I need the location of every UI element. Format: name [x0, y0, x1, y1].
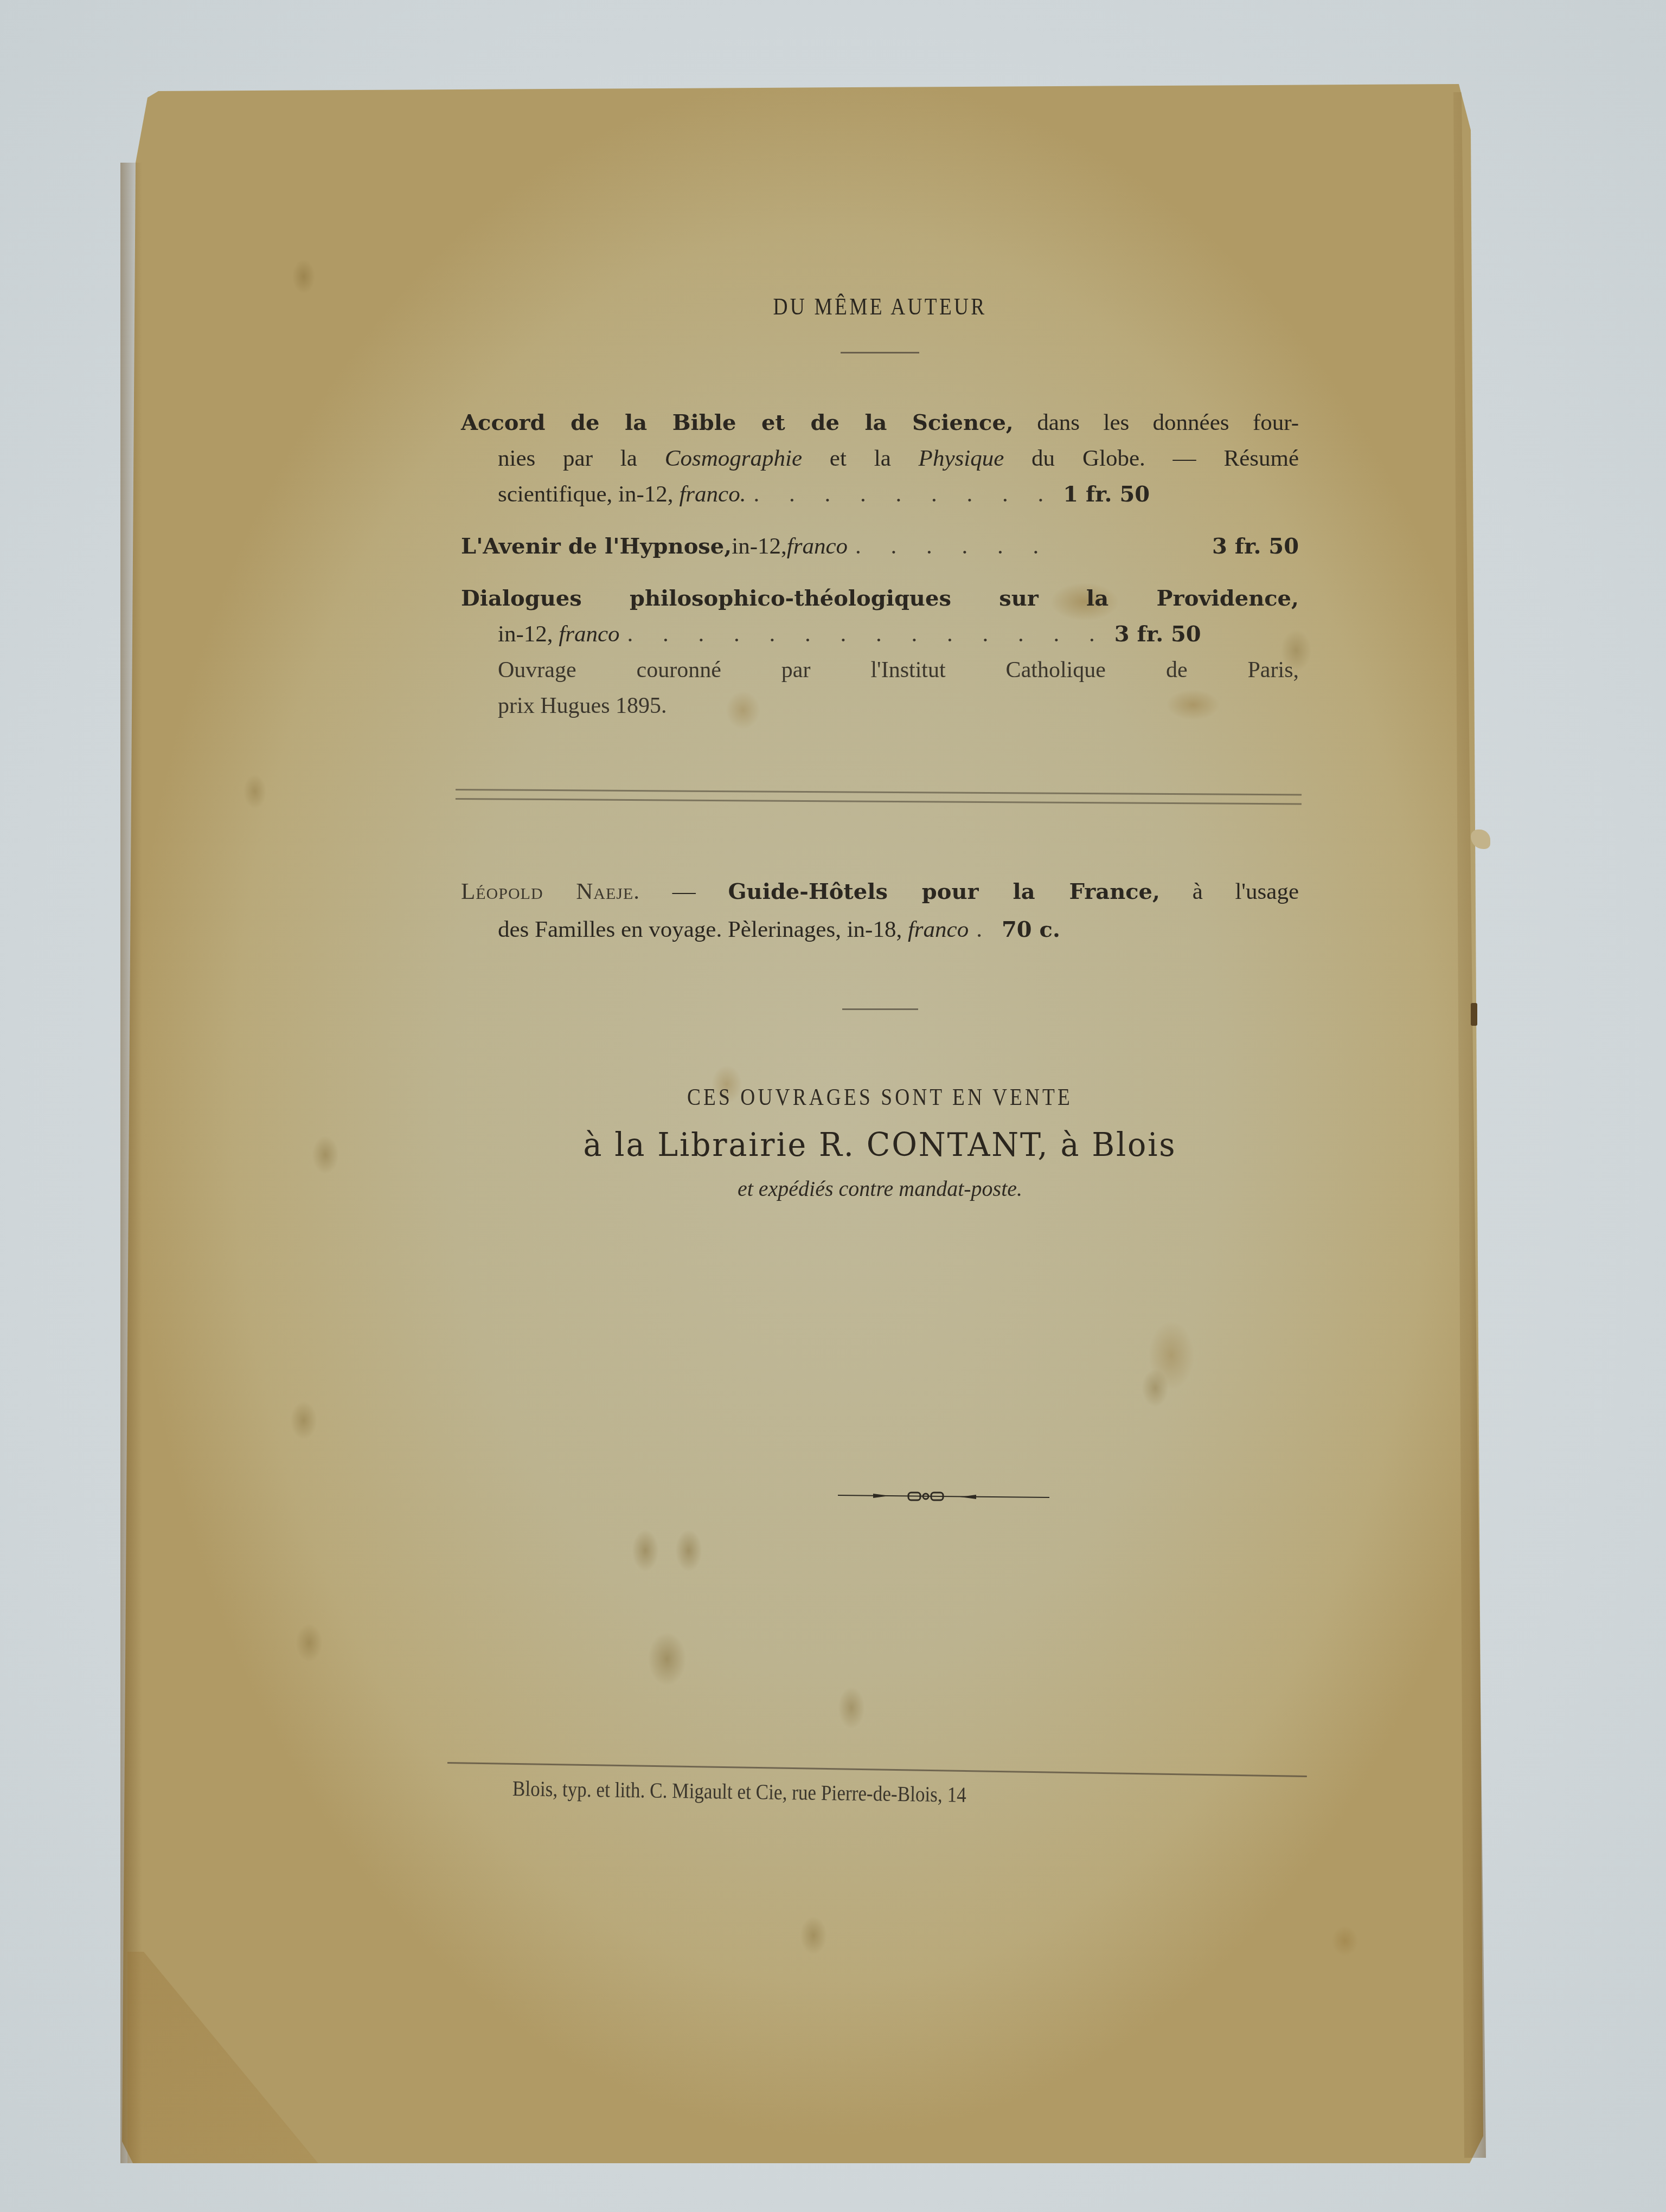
entry-text: à l'usage — [1160, 879, 1299, 904]
other-author-entry: Léopold Naeje. — Guide-Hôtels pour la Fr… — [461, 873, 1299, 949]
leader-dots: . . . . . . . . . — [746, 481, 1063, 507]
award-note: Ouvrage couronné par l'Institut Catholiq… — [461, 652, 1299, 724]
author-name: Léopold Naeje. — [461, 879, 640, 904]
dash: — — [640, 879, 728, 904]
entry-text: scientifique, in-12, — [498, 481, 679, 507]
award-note-line: Ouvrage couronné par l'Institut Catholiq… — [498, 652, 1299, 688]
entry-text: du Globe. — Résumé — [1004, 446, 1299, 471]
entry-text: et la — [802, 446, 919, 471]
price-line: in-12, franco. . . . . . . . . . . . . .… — [461, 616, 1299, 652]
price-line: L'Avenir de l'Hypnose, in-12, franco. . … — [461, 529, 1299, 564]
award-note-line: prix Hugues 1895. — [498, 693, 667, 718]
bookseller-line: à la Librairie R. CONTANT, à Blois — [482, 1126, 1278, 1164]
cover-text-block: DU MÊME AUTEUR Accord de la Bible et de … — [461, 255, 1299, 1201]
section-rule — [842, 1008, 918, 1010]
entry-text: des Familles en voyage. Pèlerinages, in-… — [498, 917, 908, 942]
section-title: DU MÊME AUTEUR — [524, 293, 1236, 320]
sale-notice-heading: CES OUVRAGES SONT EN VENTE — [524, 1083, 1236, 1111]
entry-text-italic: Cosmographie — [665, 446, 802, 471]
book-entry: Accord de la Bible et de la Science, dan… — [461, 405, 1299, 512]
price: 70 c. — [1002, 917, 1060, 942]
book-entry: Dialogues philosophico-théologiques sur … — [461, 581, 1299, 652]
book-title: Dialogues philosophico-théologiques sur … — [461, 581, 1299, 616]
shipping-note: et expédiés contre mandat-poste. — [461, 1176, 1299, 1201]
entry-text: nies par la — [498, 446, 665, 471]
leader-dots: . — [969, 917, 1002, 942]
entry-text: dans les données four- — [1014, 410, 1299, 435]
entry-text: in-12, — [732, 529, 787, 564]
book-title: L'Avenir de l'Hypnose, — [461, 529, 732, 564]
book-title: Accord de la Bible et de la Science, — [461, 410, 1014, 435]
format-note: franco — [908, 917, 969, 942]
book-title: Guide-Hôtels pour la France, — [728, 879, 1160, 904]
price-line: des Familles en voyage. Pèlerinages, in-… — [461, 911, 1299, 949]
title-rule — [841, 352, 919, 353]
price: 3 fr. 50 — [1212, 529, 1299, 564]
book-entry: L'Avenir de l'Hypnose, in-12, franco. . … — [461, 529, 1299, 564]
price: 3 fr. 50 — [1114, 621, 1201, 647]
spine-damage — [1471, 1003, 1477, 1026]
leader-dots: . . . . . . . . . . . . . . — [620, 621, 1114, 647]
leader-dots: . . . . . . — [848, 529, 1212, 564]
price-line: scientifique, in-12, franco.. . . . . . … — [461, 477, 1299, 512]
format-note: franco — [787, 529, 848, 564]
price: 1 fr. 50 — [1063, 481, 1150, 507]
sale-notice: CES OUVRAGES SONT EN VENTE à la Librairi… — [461, 1083, 1299, 1201]
format-note: franco. — [679, 481, 746, 507]
entry-line: nies par la Cosmographie et la Physique … — [461, 441, 1299, 477]
entry-line: Accord de la Bible et de la Science, dan… — [461, 405, 1299, 441]
entry-line: Léopold Naeje. — Guide-Hôtels pour la Fr… — [461, 873, 1299, 911]
format-note: franco — [559, 621, 619, 647]
entry-text: in-12, — [498, 621, 559, 647]
entry-text-italic: Physique — [919, 446, 1004, 471]
ornament-divider-icon — [838, 1490, 1049, 1503]
double-rule-divider — [456, 789, 1302, 805]
